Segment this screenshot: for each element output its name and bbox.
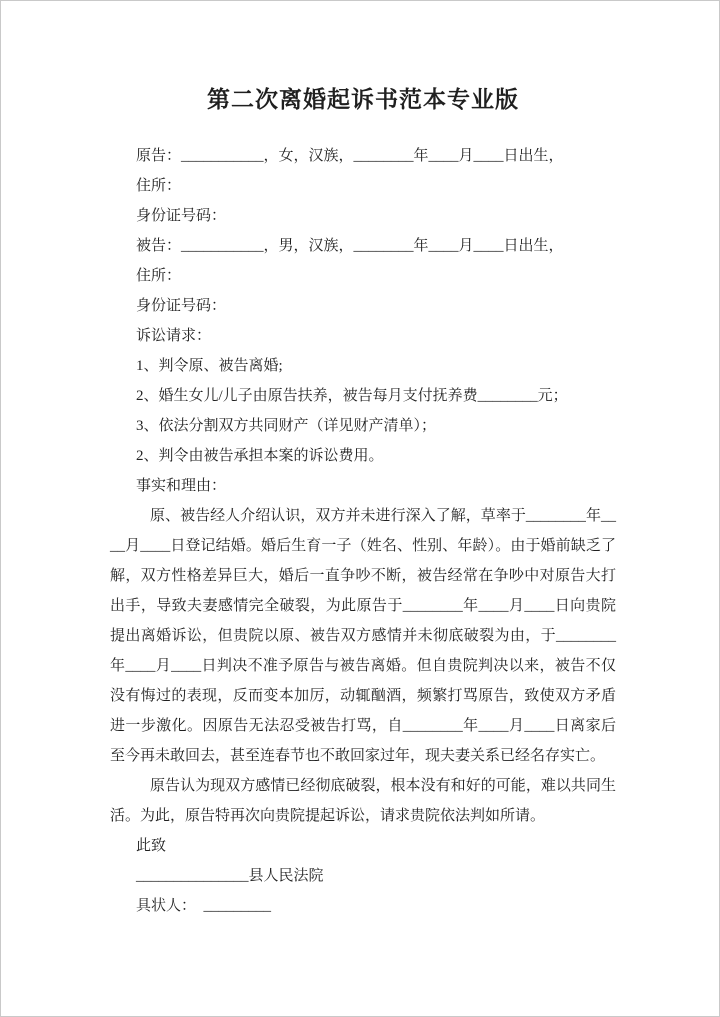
paragraph-label: 此致 (110, 831, 616, 861)
paragraph-label: 住所： (110, 261, 616, 291)
paragraph-label: 具状人： _________ (110, 891, 616, 921)
paragraph-item: 2、判令由被告承担本案的诉讼费用。 (110, 441, 616, 471)
paragraph-label: 住所： (110, 171, 616, 201)
paragraph-item: 1、判令原、被告离婚; (110, 351, 616, 381)
paragraph-label: 原告：___________，女，汉族，________年____月____日出… (110, 141, 616, 171)
paragraph-label: 身份证号码： (110, 201, 616, 231)
paragraph-body: 原告认为现双方感情已经彻底破裂，根本没有和好的可能，难以共同生活。为此，原告特再… (110, 771, 616, 831)
document-title: 第二次离婚起诉书范本专业版 (110, 85, 616, 115)
paragraph-label: 被告：___________，男，汉族，________年____月____日出… (110, 231, 616, 261)
document-page: 第二次离婚起诉书范本专业版 原告：___________，女，汉族，______… (0, 0, 720, 1017)
paragraph-body: 原、被告经人介绍认识，双方并未进行深入了解，草率于________年____月_… (110, 501, 616, 771)
paragraph-item: 3、依法分割双方共同财产（详见财产清单）； (110, 411, 616, 441)
paragraph-label: _______________县人民法院 (110, 861, 616, 891)
paragraph-label: 事实和理由： (110, 471, 616, 501)
paragraph-label: 身份证号码： (110, 291, 616, 321)
paragraph-label: 诉讼请求： (110, 321, 616, 351)
document-body: 原告：___________，女，汉族，________年____月____日出… (110, 141, 616, 921)
paragraph-item: 2、婚生女儿/儿子由原告扶养，被告每月支付抚养费________元； (110, 381, 616, 411)
